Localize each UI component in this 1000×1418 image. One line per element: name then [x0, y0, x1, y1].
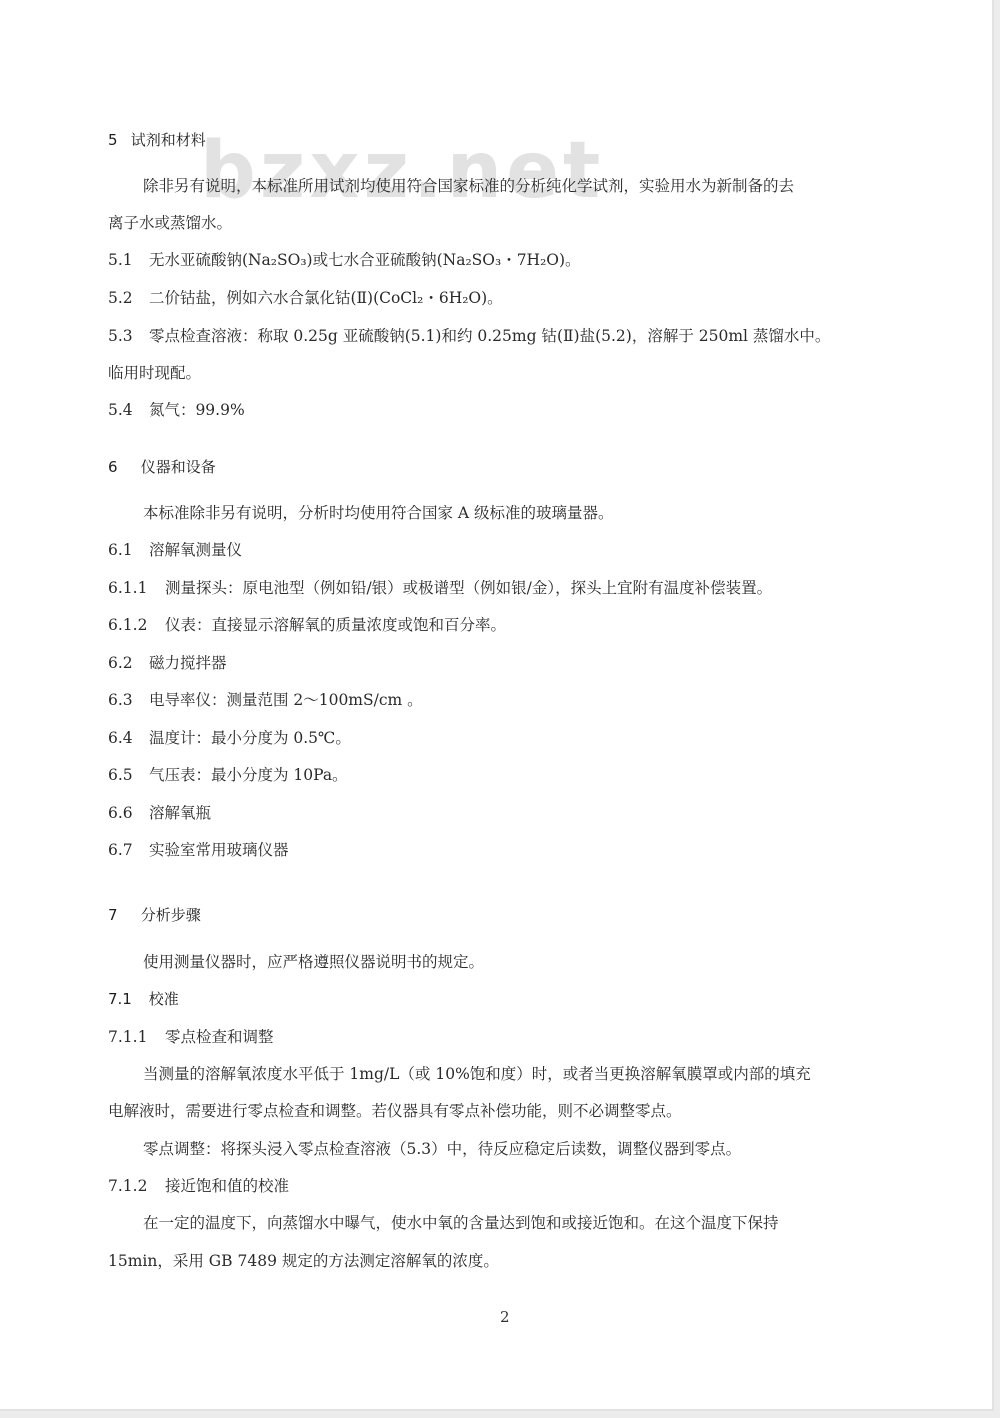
clause-number: 6.1.2	[108, 615, 160, 635]
document-page: bzxz.net 5 试剂和材料 除非另有说明，本标准所用试剂均使用符合国家标准…	[0, 0, 994, 1411]
clause-text: 二价钴盐，例如六水合氯化钴(Ⅱ)(CoCl₂・6H₂O)。	[149, 289, 503, 307]
clause-7-1-2: 7.1.2 接近饱和值的校准	[108, 1176, 289, 1196]
paragraph-line: 15min，采用 GB 7489 规定的方法测定溶解氧的浓度。	[108, 1251, 499, 1271]
clause-text: 无水亚硫酸钠(Na₂SO₃)或七水合亚硫酸钠(Na₂SO₃・7H₂O)。	[149, 251, 581, 269]
clause-number: 6.1	[108, 540, 144, 560]
subsection-number: 7.1	[108, 989, 144, 1009]
section-number: 7	[108, 905, 136, 925]
clause-text: 实验室常用玻璃仪器	[149, 841, 289, 859]
clause-6-1: 6.1 溶解氧测量仪	[108, 540, 242, 560]
section-7-heading: 7 分析步骤	[108, 905, 201, 925]
section-title: 试剂和材料	[131, 131, 206, 149]
paragraph-line: 使用测量仪器时，应严格遵照仪器说明书的规定。	[143, 952, 484, 972]
clause-text: 气压表：最小分度为 10Pa。	[149, 766, 348, 784]
page-number: 2	[500, 1308, 510, 1326]
clause-number: 6.1.1	[108, 578, 160, 598]
clause-text: 电导率仪：测量范围 2～100mS/cm 。	[149, 691, 423, 709]
watermark: bzxz.net	[200, 132, 604, 210]
paragraph-line: 在一定的温度下，向蒸馏水中曝气，使水中氧的含量达到饱和或接近饱和。在这个温度下保…	[143, 1213, 779, 1233]
section-title: 仪器和设备	[141, 458, 216, 476]
clause-text: 磁力搅拌器	[149, 654, 227, 672]
clause-5-1: 5.1 无水亚硫酸钠(Na₂SO₃)或七水合亚硫酸钠(Na₂SO₃・7H₂O)。	[108, 250, 581, 270]
section-number: 5	[108, 130, 126, 150]
clause-number: 5.3	[108, 326, 144, 346]
clause-5-2: 5.2 二价钴盐，例如六水合氯化钴(Ⅱ)(CoCl₂・6H₂O)。	[108, 288, 503, 308]
clause-number: 6.6	[108, 803, 144, 823]
section-6-heading: 6 仪器和设备	[108, 457, 216, 477]
subsection-7-1-heading: 7.1 校准	[108, 989, 179, 1009]
clause-5-3: 5.3 零点检查溶液：称取 0.25g 亚硫酸钠(5.1)和约 0.25mg 钴…	[108, 326, 830, 346]
section-title: 分析步骤	[141, 906, 201, 924]
clause-text: 测量探头：原电池型（例如铅/银）或极谱型（例如银/金），探头上宜附有温度补偿装置…	[165, 579, 772, 597]
clause-text: 仪表：直接显示溶解氧的质量浓度或饱和百分率。	[165, 616, 506, 634]
paragraph-line: 零点调整：将探头浸入零点检查溶液（5.3）中，待反应稳定后读数，调整仪器到零点。	[143, 1139, 741, 1159]
clause-6-7: 6.7 实验室常用玻璃仪器	[108, 840, 288, 860]
clause-6-4: 6.4 温度计：最小分度为 0.5℃。	[108, 728, 351, 748]
clause-6-5: 6.5 气压表：最小分度为 10Pa。	[108, 765, 348, 785]
paragraph-line: 电解液时，需要进行零点检查和调整。若仪器具有零点补偿功能，则不必调整零点。	[108, 1101, 682, 1121]
clause-text: 零点检查和调整	[165, 1028, 274, 1046]
clause-5-4: 5.4 氮气：99.9%	[108, 400, 245, 420]
clause-number: 5.1	[108, 250, 144, 270]
clause-number: 7.1.2	[108, 1176, 160, 1196]
clause-text: 溶解氧测量仪	[149, 541, 242, 559]
subsection-title: 校准	[149, 990, 179, 1008]
clause-text: 接近饱和值的校准	[165, 1177, 289, 1195]
clause-number: 5.2	[108, 288, 144, 308]
clause-text: 溶解氧瓶	[149, 804, 211, 822]
clause-text: 零点检查溶液：称取 0.25g 亚硫酸钠(5.1)和约 0.25mg 钴(Ⅱ)盐…	[149, 327, 831, 345]
clause-6-2: 6.2 磁力搅拌器	[108, 653, 226, 673]
clause-number: 6.4	[108, 728, 144, 748]
clause-5-3-continuation: 临用时现配。	[108, 363, 201, 383]
clause-number: 6.5	[108, 765, 144, 785]
clause-6-1-1: 6.1.1 测量探头：原电池型（例如铅/银）或极谱型（例如银/金），探头上宜附有…	[108, 578, 772, 598]
paragraph-line: 本标准除非另有说明，分析时均使用符合国家 A 级标准的玻璃量器。	[143, 503, 614, 523]
clause-6-1-2: 6.1.2 仪表：直接显示溶解氧的质量浓度或饱和百分率。	[108, 615, 506, 635]
clause-6-6: 6.6 溶解氧瓶	[108, 803, 211, 823]
section-number: 6	[108, 457, 136, 477]
clause-text: 温度计：最小分度为 0.5℃。	[149, 729, 351, 747]
clause-6-3: 6.3 电导率仪：测量范围 2～100mS/cm 。	[108, 690, 423, 710]
clause-number: 5.4	[108, 400, 144, 420]
section-5-heading: 5 试剂和材料	[108, 130, 206, 150]
paragraph-line: 离子水或蒸馏水。	[108, 213, 232, 233]
clause-number: 7.1.1	[108, 1027, 160, 1047]
clause-number: 6.3	[108, 690, 144, 710]
clause-text: 氮气：99.9%	[149, 401, 245, 419]
clause-number: 6.2	[108, 653, 144, 673]
clause-7-1-1: 7.1.1 零点检查和调整	[108, 1027, 273, 1047]
paragraph-line: 当测量的溶解氧浓度水平低于 1mg/L（或 10%饱和度）时，或者当更换溶解氧膜…	[143, 1064, 811, 1084]
paragraph-line: 除非另有说明，本标准所用试剂均使用符合国家标准的分析纯化学试剂，实验用水为新制备…	[143, 176, 794, 196]
clause-number: 6.7	[108, 840, 144, 860]
